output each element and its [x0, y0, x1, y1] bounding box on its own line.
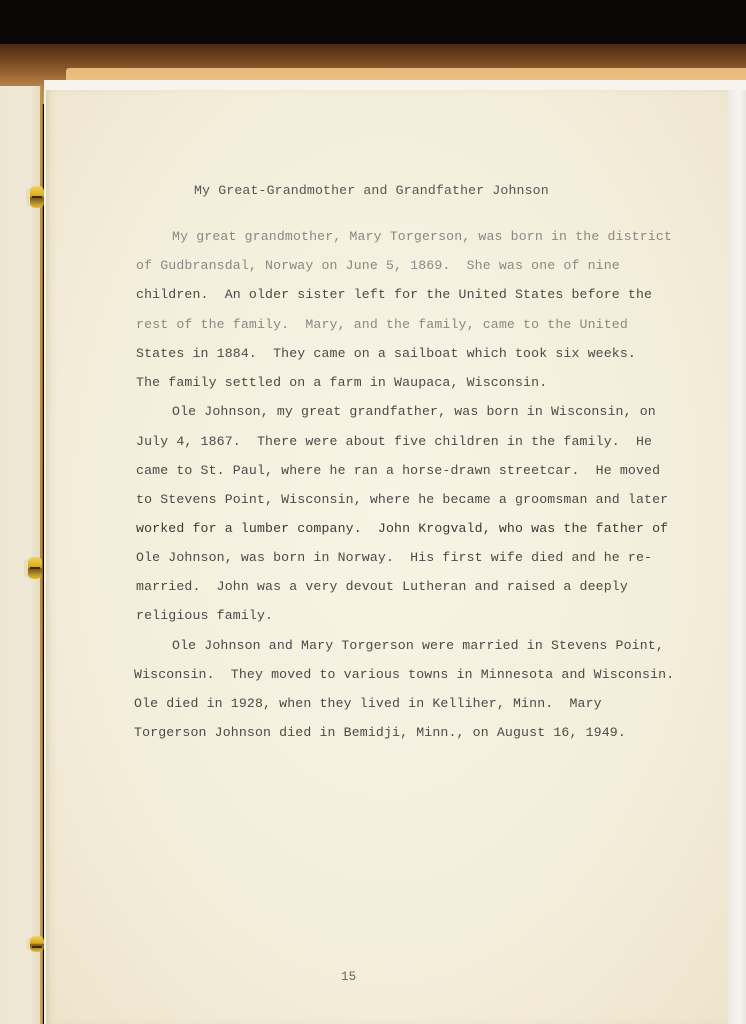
- page-title: My Great-Grandmother and Grandfather Joh…: [194, 183, 549, 198]
- text-line: Wisconsin. They moved to various towns i…: [134, 667, 674, 682]
- text-line: Ole Johnson, my great grandfather, was b…: [172, 404, 656, 419]
- left-facing-page: [0, 86, 42, 1024]
- text-line: Torgerson Johnson died in Bemidji, Minn.…: [134, 725, 626, 740]
- text-line: rest of the family. Mary, and the family…: [136, 317, 628, 332]
- page-right-edge: [728, 90, 746, 1024]
- binder-ring-icon: [30, 936, 44, 952]
- text-line: The family settled on a farm in Waupaca,…: [136, 375, 547, 390]
- text-line: Ole Johnson, was born in Norway. His fir…: [136, 550, 652, 565]
- text-line: of Gudbransdal, Norway on June 5, 1869. …: [136, 258, 620, 273]
- text-line: came to St. Paul, where he ran a horse-d…: [136, 463, 660, 478]
- text-line: Ole died in 1928, when they lived in Kel…: [134, 696, 602, 711]
- text-line: Ole Johnson and Mary Torgerson were marr…: [172, 638, 664, 653]
- page-spine-edge: [40, 86, 43, 1024]
- text-line: My great grandmother, Mary Torgerson, wa…: [172, 229, 672, 244]
- text-line: worked for a lumber company. John Krogva…: [136, 521, 668, 536]
- text-line: religious family.: [136, 608, 273, 623]
- text-line: July 4, 1867. There were about five chil…: [136, 434, 652, 449]
- text-line: married. John was a very devout Lutheran…: [136, 579, 628, 594]
- text-line: children. An older sister left for the U…: [136, 287, 652, 302]
- binder-ring-icon: [30, 186, 44, 208]
- binder-ring-icon: [28, 557, 42, 579]
- text-line: to Stevens Point, Wisconsin, where he be…: [136, 492, 668, 507]
- page-number: 15: [341, 970, 356, 984]
- text-line: States in 1884. They came on a sailboat …: [136, 346, 636, 361]
